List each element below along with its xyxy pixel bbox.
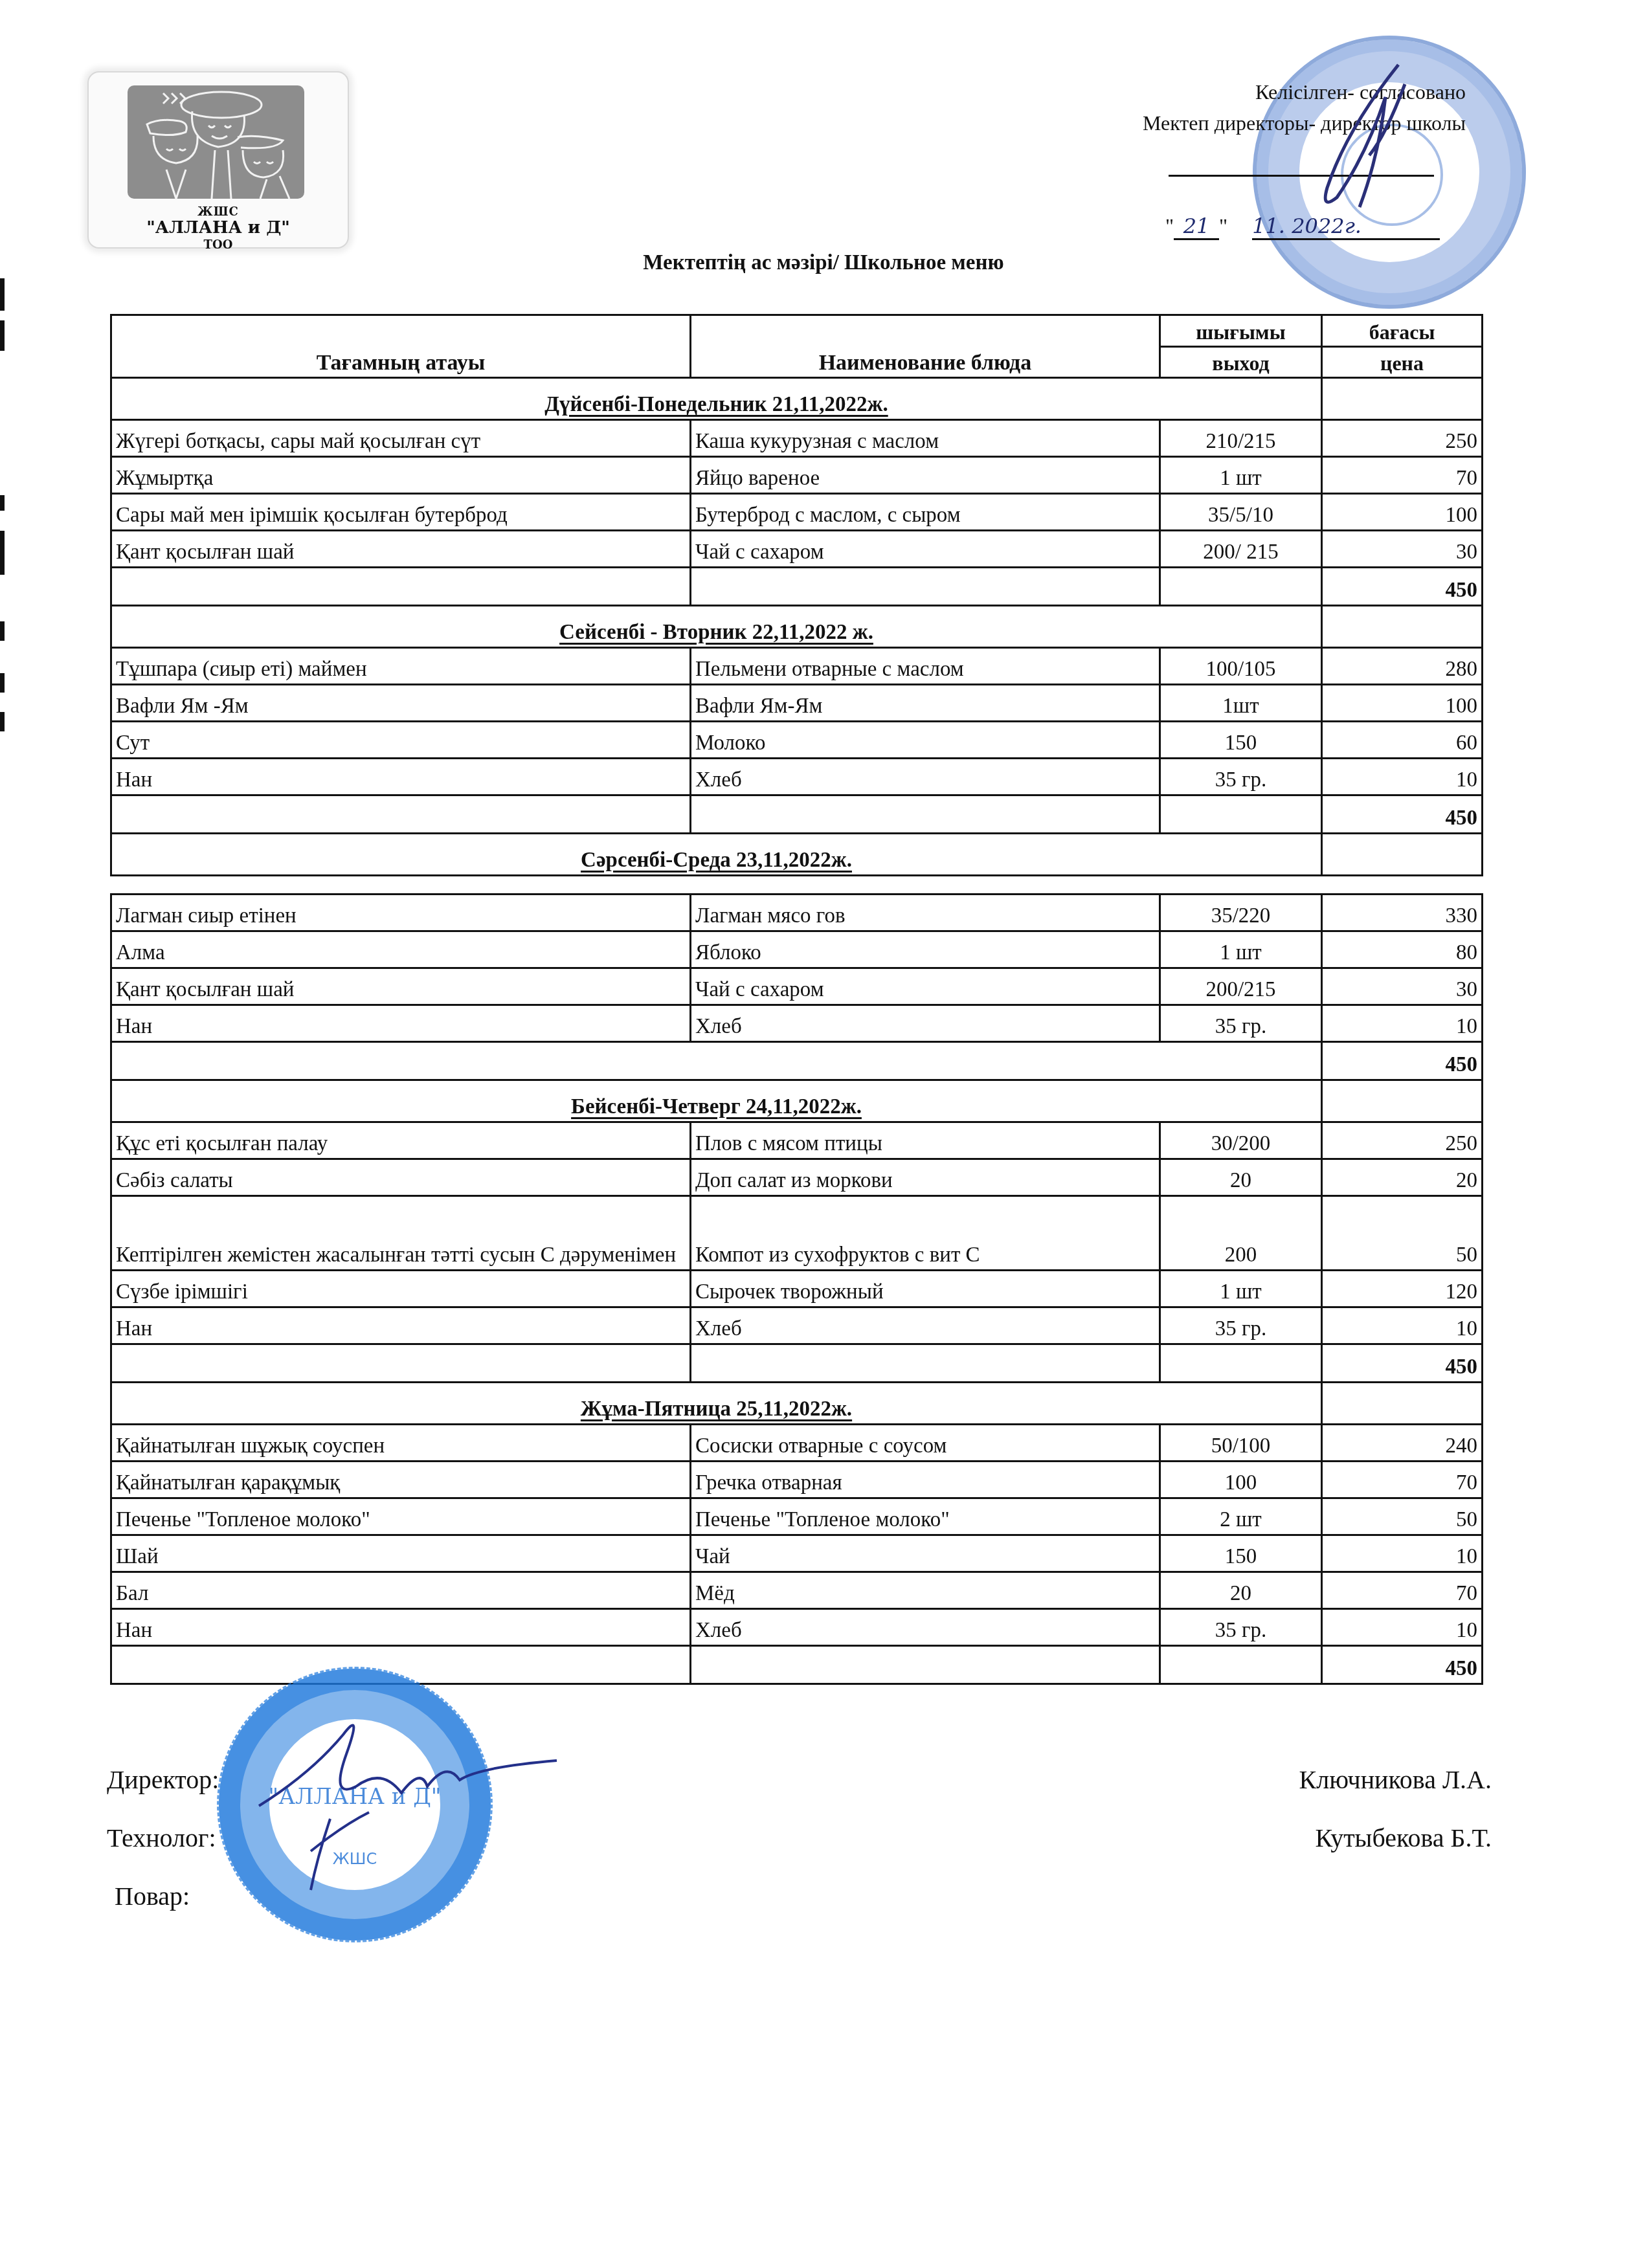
day-header-row: Сәрсенбі-Среда 23,11,2022ж. <box>111 834 1483 876</box>
header-yield-ru: выход <box>1160 346 1322 378</box>
dish-name-ru: Хлеб <box>691 759 1160 795</box>
dish-name-ru: Доп салат из моркови <box>691 1159 1160 1196</box>
day-title-blank-cell <box>1322 1080 1483 1122</box>
dish-name-ru: Молоко <box>691 722 1160 759</box>
dish-price: 120 <box>1322 1271 1483 1307</box>
header-price-kz: бағасы <box>1322 315 1483 347</box>
menu-item-row: НанХлеб35 гр.10 <box>111 1609 1483 1646</box>
dish-name-ru: Хлеб <box>691 1005 1160 1042</box>
day-title-blank-cell <box>1322 834 1483 876</box>
name-director: Ключникова Л.А. <box>1299 1751 1492 1809</box>
dish-price: 250 <box>1322 1122 1483 1159</box>
total-blank-cell <box>691 1344 1160 1383</box>
chef-kids-illustration-icon <box>128 85 304 199</box>
total-blank-cell <box>1160 795 1322 834</box>
total-blank-cell <box>1160 1646 1322 1684</box>
total-blank-cell <box>691 795 1160 834</box>
dish-yield: 200/215 <box>1160 968 1322 1005</box>
day-title: Бейсенбі-Четверг 24,11,2022ж. <box>571 1095 862 1118</box>
table-gap-cell <box>111 876 1483 895</box>
dish-price: 70 <box>1322 1572 1483 1609</box>
dish-name-kz: Нан <box>111 1609 691 1646</box>
dish-name-ru: Чай <box>691 1535 1160 1572</box>
table-gap-row <box>111 876 1483 895</box>
dish-name-ru: Каша кукурузная с маслом <box>691 420 1160 457</box>
scan-edge-mark <box>0 557 5 575</box>
menu-table-body: Дүйсенбі-Понедельник 21,11,2022ж.Жүгері … <box>111 378 1483 1684</box>
scan-edge-mark <box>0 335 5 351</box>
approval-agreed-label: Келісілген- согласовано <box>1143 76 1466 107</box>
role-cook: Повар: <box>107 1867 219 1926</box>
dish-price: 70 <box>1322 457 1483 494</box>
total-blank-cell <box>691 1646 1160 1684</box>
dish-name-kz: Жұмыртқа <box>111 457 691 494</box>
dish-name-kz: Қант қосылған шай <box>111 968 691 1005</box>
dish-yield: 100/105 <box>1160 648 1322 685</box>
scan-edge-mark <box>0 531 5 557</box>
dish-price: 80 <box>1322 931 1483 968</box>
dish-yield: 35/5/10 <box>1160 494 1322 531</box>
day-title-cell: Дүйсенбі-Понедельник 21,11,2022ж. <box>111 378 1322 420</box>
header-name-kz: Тағамның атауы <box>111 315 691 378</box>
menu-item-row: Тұшпара (сиыр еті) майменПельмени отварн… <box>111 648 1483 685</box>
dish-name-kz: Лагман сиыр етінен <box>111 895 691 931</box>
dish-name-ru: Компот из сухофруктов с вит С <box>691 1196 1160 1271</box>
day-total-row: 450 <box>111 1646 1483 1684</box>
company-logo: ЖШС "АЛЛАНА и Д" ТОО <box>87 71 349 249</box>
dish-name-kz: Нан <box>111 759 691 795</box>
dish-price: 70 <box>1322 1462 1483 1498</box>
dish-price: 50 <box>1322 1196 1483 1271</box>
day-title-blank-cell <box>1322 378 1483 420</box>
dish-price: 100 <box>1322 494 1483 531</box>
dish-yield: 210/215 <box>1160 420 1322 457</box>
menu-item-row: Сары май мен ірімшік қосылған бутербродБ… <box>111 494 1483 531</box>
header-price-ru: цена <box>1322 346 1483 378</box>
dish-name-ru: Пельмени отварные с маслом <box>691 648 1160 685</box>
logo-company-type-ru: ТОО <box>89 238 348 252</box>
dish-yield: 2 шт <box>1160 1498 1322 1535</box>
scan-edge-mark <box>0 673 5 693</box>
day-header-row: Сейсенбі - Вторник 22,11,2022 ж. <box>111 606 1483 648</box>
dish-price: 100 <box>1322 685 1483 722</box>
menu-item-row: НанХлеб35 гр.10 <box>111 1307 1483 1344</box>
dish-price: 50 <box>1322 1498 1483 1535</box>
dish-price: 30 <box>1322 531 1483 568</box>
dish-yield: 35 гр. <box>1160 1609 1322 1646</box>
menu-table: Тағамның атауы Наименование блюда шығымы… <box>110 314 1483 1685</box>
approval-block: Келісілген- согласовано Мектеп директоры… <box>1143 76 1466 139</box>
dish-yield: 30/200 <box>1160 1122 1322 1159</box>
dish-name-kz: Бал <box>111 1572 691 1609</box>
dish-name-kz: Құс еті қосылған палау <box>111 1122 691 1159</box>
dish-name-kz: Жүгері ботқасы, сары май қосылған сүт <box>111 420 691 457</box>
day-title: Дүйсенбі-Понедельник 21,11,2022ж. <box>544 393 888 416</box>
total-blank-cell <box>111 568 691 606</box>
company-seal-stamp: "АЛЛАНА и Д" ЖШС <box>217 1667 493 1942</box>
menu-item-row: БалМёд2070 <box>111 1572 1483 1609</box>
signature-names: Ключникова Л.А. Кутыбекова Б.Т. <box>1299 1751 1492 1867</box>
menu-item-row: Құс еті қосылған палауПлов с мясом птицы… <box>111 1122 1483 1159</box>
logo-company-type-kz: ЖШС <box>89 205 348 219</box>
dish-name-kz: Сүзбе ірімшігі <box>111 1271 691 1307</box>
logo-company-name: "АЛЛАНА и Д" <box>89 218 348 238</box>
header-yield-kz: шығымы <box>1160 315 1322 347</box>
menu-item-row: НанХлеб35 гр.10 <box>111 1005 1483 1042</box>
day-total-price: 450 <box>1322 568 1483 606</box>
approval-date-month-year: 11. 2022г. <box>1252 214 1440 240</box>
day-title: Сәрсенбі-Среда 23,11,2022ж. <box>581 849 852 872</box>
day-header-row: Жұма-Пятница 25,11,2022ж. <box>111 1383 1483 1425</box>
dish-name-ru: Сырочек творожный <box>691 1271 1160 1307</box>
day-total-price: 450 <box>1322 1344 1483 1383</box>
menu-item-row: НанХлеб35 гр.10 <box>111 759 1483 795</box>
dish-price: 10 <box>1322 1535 1483 1572</box>
scan-edge-mark <box>0 278 5 311</box>
dish-name-kz: Нан <box>111 1005 691 1042</box>
menu-item-row: Кептірілген жемістен жасалынған тәтті су… <box>111 1196 1483 1271</box>
name-technologist: Кутыбекова Б.Т. <box>1299 1809 1492 1867</box>
day-title-cell: Жұма-Пятница 25,11,2022ж. <box>111 1383 1322 1425</box>
day-total-row: 450 <box>111 1042 1483 1080</box>
dish-yield: 200/ 215 <box>1160 531 1322 568</box>
menu-item-row: Сүзбе ірімшігіСырочек творожный1 шт120 <box>111 1271 1483 1307</box>
dish-yield: 35 гр. <box>1160 1307 1322 1344</box>
dish-name-ru: Яблоко <box>691 931 1160 968</box>
menu-item-row: Лагман сиыр етіненЛагман мясо гов35/2203… <box>111 895 1483 931</box>
dish-yield: 200 <box>1160 1196 1322 1271</box>
dish-name-ru: Чай с сахаром <box>691 968 1160 1005</box>
day-total-row: 450 <box>111 795 1483 834</box>
total-blank-cell <box>111 1646 691 1684</box>
dish-name-ru: Вафли Ям-Ям <box>691 685 1160 722</box>
day-total-price: 450 <box>1322 1646 1483 1684</box>
header-name-ru: Наименование блюда <box>691 315 1160 378</box>
dish-price: 60 <box>1322 722 1483 759</box>
dish-name-kz: Тұшпара (сиыр еті) маймен <box>111 648 691 685</box>
dish-price: 240 <box>1322 1425 1483 1462</box>
day-title-blank-cell <box>1322 1383 1483 1425</box>
dish-price: 30 <box>1322 968 1483 1005</box>
menu-item-row: Қайнатылған шұжық соуспенСосиски отварны… <box>111 1425 1483 1462</box>
scan-edge-mark <box>0 621 5 641</box>
day-title-cell: Сәрсенбі-Среда 23,11,2022ж. <box>111 834 1322 876</box>
dish-name-kz: Сары май мен ірімшік қосылған бутерброд <box>111 494 691 531</box>
day-total-row: 450 <box>111 568 1483 606</box>
day-total-row: 450 <box>111 1344 1483 1383</box>
day-title-blank-cell <box>1322 606 1483 648</box>
menu-item-row: Қант қосылған шайЧай с сахаром200/21530 <box>111 968 1483 1005</box>
role-technologist: Технолог: <box>107 1809 219 1867</box>
total-blank-cell <box>111 1344 691 1383</box>
dish-name-kz: Қайнатылған шұжық соуспен <box>111 1425 691 1462</box>
dish-yield: 100 <box>1160 1462 1322 1498</box>
dish-name-ru: Гречка отварная <box>691 1462 1160 1498</box>
dish-name-ru: Сосиски отварные с соусом <box>691 1425 1160 1462</box>
total-blank-cell <box>111 795 691 834</box>
stamp-company-name: "АЛЛАНА и Д" <box>219 1784 491 1810</box>
document-title: Мектептің ас мәзірі/ Школьное меню <box>0 251 1647 275</box>
dish-yield: 1 шт <box>1160 1271 1322 1307</box>
dish-yield: 20 <box>1160 1572 1322 1609</box>
dish-name-kz: Вафли Ям -Ям <box>111 685 691 722</box>
approval-date-day: 21 <box>1174 214 1219 240</box>
dish-name-ru: Чай с сахаром <box>691 531 1160 568</box>
total-blank-cell <box>1160 568 1322 606</box>
director-signature-bottom <box>233 1696 570 1903</box>
signature-roles: Директор: Технолог: Повар: <box>107 1751 219 1926</box>
total-blank-cell <box>691 568 1160 606</box>
dish-price: 330 <box>1322 895 1483 931</box>
menu-item-row: Сәбіз салатыДоп салат из моркови2020 <box>111 1159 1483 1196</box>
menu-item-row: Вафли Ям -ЯмВафли Ям-Ям1шт100 <box>111 685 1483 722</box>
dish-name-kz: Қант қосылған шай <box>111 531 691 568</box>
menu-item-row: Қайнатылған қарақұмықГречка отварная1007… <box>111 1462 1483 1498</box>
dish-name-kz: Шай <box>111 1535 691 1572</box>
dish-price: 250 <box>1322 420 1483 457</box>
dish-name-ru: Яйцо вареное <box>691 457 1160 494</box>
dish-price: 280 <box>1322 648 1483 685</box>
dish-yield: 35/220 <box>1160 895 1322 931</box>
dish-yield: 150 <box>1160 722 1322 759</box>
menu-item-row: ШайЧай15010 <box>111 1535 1483 1572</box>
dish-name-kz: Кептірілген жемістен жасалынған тәтті су… <box>111 1196 691 1271</box>
dish-yield: 35 гр. <box>1160 759 1322 795</box>
stamp-company-type: ЖШС <box>219 1850 491 1868</box>
dish-yield: 20 <box>1160 1159 1322 1196</box>
menu-item-row: АлмаЯблоко1 шт80 <box>111 931 1483 968</box>
approval-signature-line <box>1169 175 1434 177</box>
day-title-cell: Сейсенбі - Вторник 22,11,2022 ж. <box>111 606 1322 648</box>
approval-position-label: Мектеп директоры- директор школы <box>1143 107 1466 139</box>
dish-name-kz: Сут <box>111 722 691 759</box>
day-header-row: Дүйсенбі-Понедельник 21,11,2022ж. <box>111 378 1483 420</box>
day-total-price: 450 <box>1322 1042 1483 1080</box>
dish-name-ru: Бутерброд с маслом, с сыром <box>691 494 1160 531</box>
dish-name-kz: Нан <box>111 1307 691 1344</box>
dish-yield: 1шт <box>1160 685 1322 722</box>
dish-yield: 150 <box>1160 1535 1322 1572</box>
dish-price: 10 <box>1322 1005 1483 1042</box>
role-director: Директор: <box>107 1751 219 1809</box>
scan-edge-mark <box>0 495 5 511</box>
day-title: Сейсенбі - Вторник 22,11,2022 ж. <box>559 621 873 644</box>
dish-name-ru: Хлеб <box>691 1609 1160 1646</box>
approval-date: "21" 11. 2022г. <box>1165 214 1440 240</box>
dish-name-ru: Мёд <box>691 1572 1160 1609</box>
menu-item-row: ЖұмыртқаЯйцо вареное1 шт70 <box>111 457 1483 494</box>
dish-name-ru: Хлеб <box>691 1307 1160 1344</box>
day-title: Жұма-Пятница 25,11,2022ж. <box>581 1397 852 1421</box>
day-total-price: 450 <box>1322 795 1483 834</box>
menu-item-row: Печенье "Топленое молоко"Печенье "Топлен… <box>111 1498 1483 1535</box>
dish-name-ru: Плов с мясом птицы <box>691 1122 1160 1159</box>
dish-price: 10 <box>1322 1307 1483 1344</box>
dish-name-kz: Қайнатылған қарақұмық <box>111 1462 691 1498</box>
dish-yield: 35 гр. <box>1160 1005 1322 1042</box>
total-blank-cell <box>1160 1344 1322 1383</box>
dish-name-ru: Лагман мясо гов <box>691 895 1160 931</box>
day-title-cell: Бейсенбі-Четверг 24,11,2022ж. <box>111 1080 1322 1122</box>
scan-edge-mark <box>0 712 5 731</box>
dish-yield: 1 шт <box>1160 457 1322 494</box>
menu-item-row: СутМолоко15060 <box>111 722 1483 759</box>
dish-name-kz: Алма <box>111 931 691 968</box>
dish-price: 10 <box>1322 1609 1483 1646</box>
dish-name-kz: Сәбіз салаты <box>111 1159 691 1196</box>
dish-price: 10 <box>1322 759 1483 795</box>
dish-yield: 1 шт <box>1160 931 1322 968</box>
dish-yield: 50/100 <box>1160 1425 1322 1462</box>
dish-name-kz: Печенье "Топленое молоко" <box>111 1498 691 1535</box>
total-blank-cell <box>111 1042 1322 1080</box>
dish-price: 20 <box>1322 1159 1483 1196</box>
menu-item-row: Қант қосылған шайЧай с сахаром200/ 21530 <box>111 531 1483 568</box>
menu-item-row: Жүгері ботқасы, сары май қосылған сүтКаш… <box>111 420 1483 457</box>
dish-name-ru: Печенье "Топленое молоко" <box>691 1498 1160 1535</box>
day-header-row: Бейсенбі-Четверг 24,11,2022ж. <box>111 1080 1483 1122</box>
